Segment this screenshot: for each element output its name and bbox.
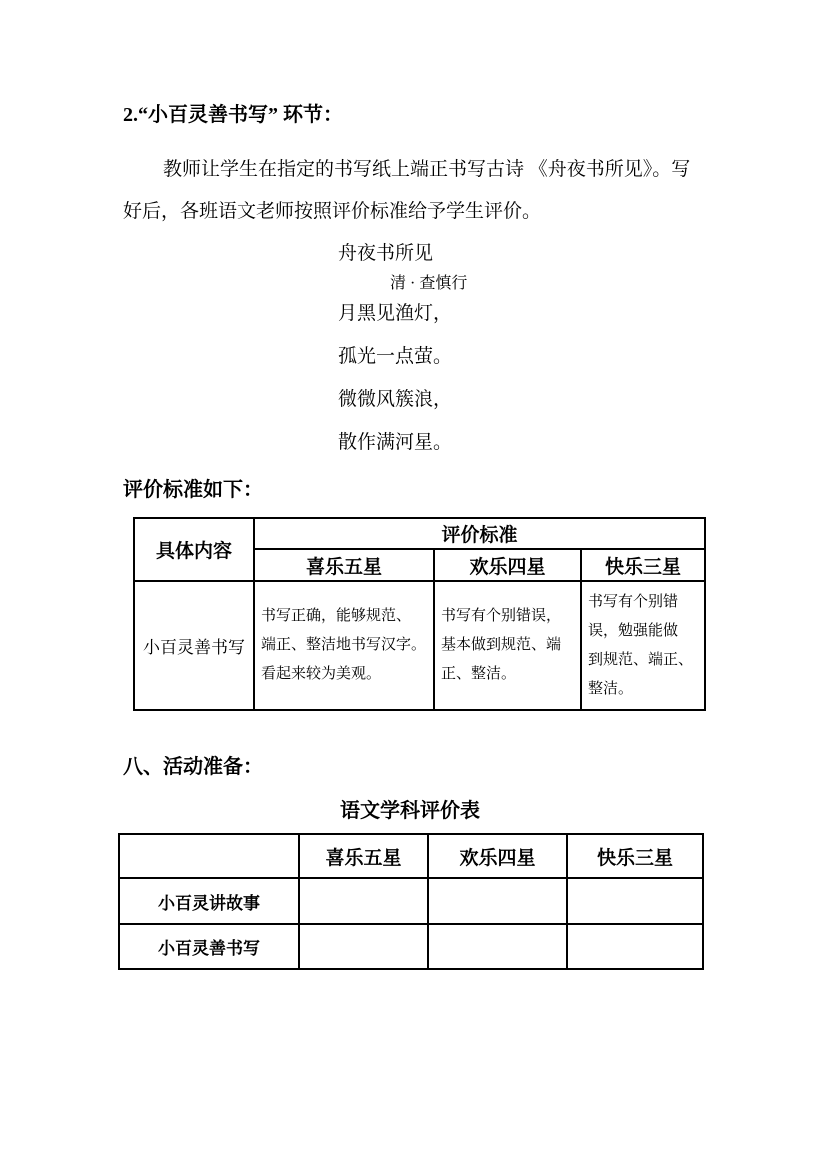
eval-table-row-label: 小百灵讲故事	[119, 878, 299, 924]
eval-table-empty-cell	[299, 878, 428, 924]
eval-table-corner-cell	[119, 834, 299, 878]
eval-table-row-label: 小百灵善书写	[119, 924, 299, 969]
criteria-table-col1-header: 具体内容	[134, 518, 254, 581]
criteria-table-item-cell: 小百灵善书写	[134, 581, 254, 710]
eval-table-empty-cell	[299, 924, 428, 969]
poem-block: 舟夜书所见 清 · 查慎行 月黑见渔灯， 孤光一点萤。 微微风簇浪， 散作满河星…	[338, 241, 467, 453]
eval-table: 喜乐五星 欢乐四星 快乐三星 小百灵讲故事 小百灵善书写	[118, 833, 704, 970]
poem-line: 微微风簇浪，	[338, 389, 467, 410]
eval-table-title: 语文学科评价表	[118, 799, 702, 823]
document-page: 2.“小百灵善书写” 环节： 教师让学生在指定的书写纸上端正书写古诗 《舟夜书所…	[0, 0, 827, 1170]
paragraph-line: 教师让学生在指定的书写纸上端正书写古诗 《舟夜书所见》。写	[123, 158, 713, 182]
section-8-heading: 八、活动准备：	[123, 755, 263, 779]
poem-author: 清 · 查慎行	[390, 273, 467, 295]
criteria-table-level-header: 快乐三星	[581, 549, 705, 581]
section-2-paragraph: 教师让学生在指定的书写纸上端正书写古诗 《舟夜书所见》。写 好后，各班语文老师按…	[123, 158, 713, 224]
eval-table-level-header: 欢乐四星	[428, 834, 567, 878]
poem-line: 孤光一点萤。	[338, 346, 467, 367]
criteria-three-star-cell: 书写有个别错 误，勉强能做 到规范、端正、 整洁。	[581, 581, 705, 710]
eval-table-empty-cell	[428, 924, 567, 969]
criteria-table: 具体内容 评价标准 喜乐五星 欢乐四星 快乐三星 小百灵善书写 书写正确，能够规…	[133, 517, 706, 711]
criteria-five-star-cell: 书写正确，能够规范、 端正、整洁地书写汉字。 看起来较为美观。	[254, 581, 434, 710]
poem-line: 月黑见渔灯，	[338, 303, 467, 324]
eval-table-level-header: 快乐三星	[567, 834, 703, 878]
eval-table-empty-cell	[567, 924, 703, 969]
criteria-four-star-cell: 书写有个别错误， 基本做到规范、端 正、整洁。	[434, 581, 581, 710]
criteria-table-level-header: 喜乐五星	[254, 549, 434, 581]
eval-table-empty-cell	[567, 878, 703, 924]
section-2-heading: 2.“小百灵善书写” 环节：	[123, 103, 343, 127]
poem-title: 舟夜书所见	[338, 241, 467, 267]
eval-table-level-header: 喜乐五星	[299, 834, 428, 878]
poem-line: 散作满河星。	[338, 432, 467, 453]
criteria-table-level-header: 欢乐四星	[434, 549, 581, 581]
paragraph-line: 好后，各班语文老师按照评价标准给予学生评价。	[123, 200, 713, 224]
criteria-table-group-header: 评价标准	[254, 518, 705, 549]
criteria-intro-heading: 评价标准如下：	[123, 478, 263, 502]
eval-table-empty-cell	[428, 878, 567, 924]
